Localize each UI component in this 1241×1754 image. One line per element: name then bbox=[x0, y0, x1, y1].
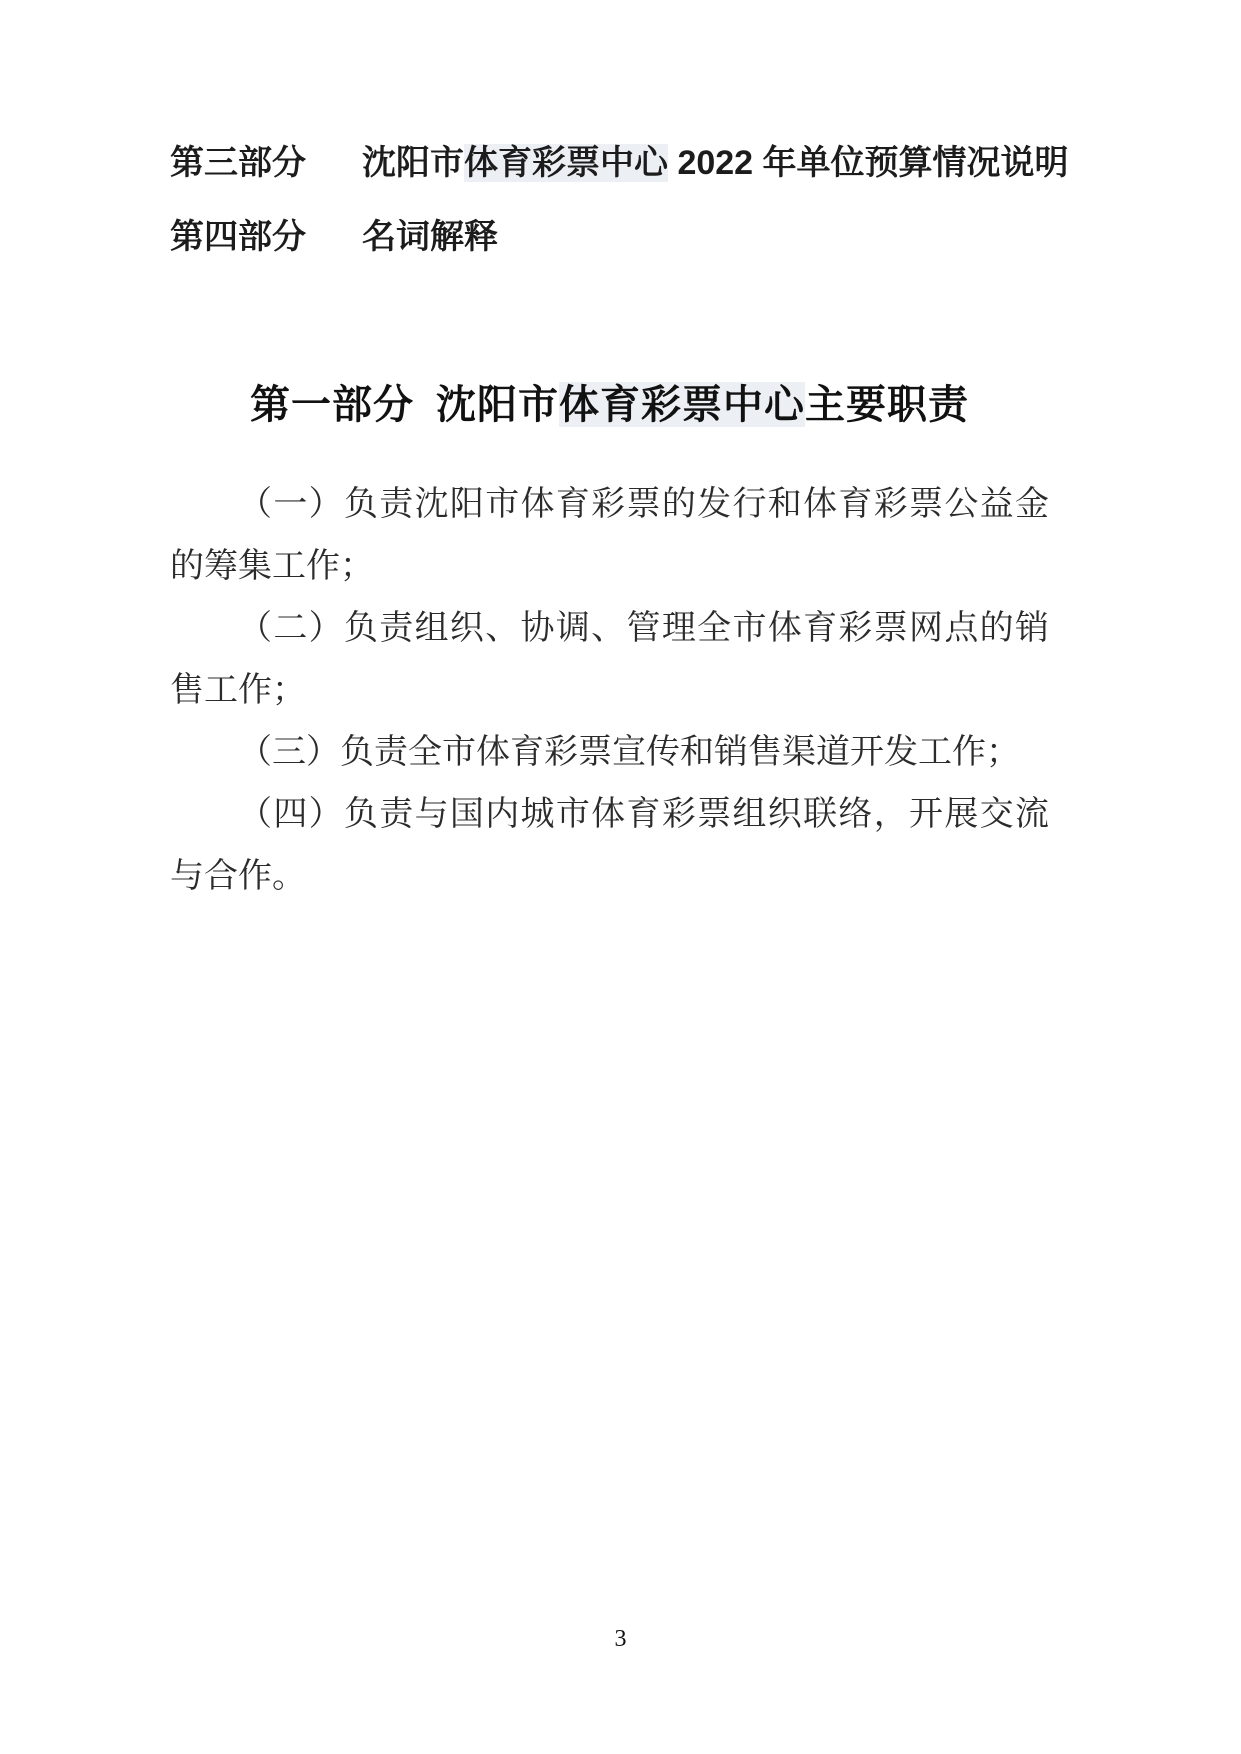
toc-part3-highlight-field: 体育彩票中心 bbox=[464, 144, 668, 182]
document-page: 第三部分沈阳市体育彩票中心 2022 年单位预算情况说明 第四部分名词解释 第一… bbox=[0, 0, 1241, 1754]
page-number: 3 bbox=[0, 1626, 1241, 1653]
body-paragraph-1: （一）负责沈阳市体育彩票的发行和体育彩票公益金的筹集工作； bbox=[170, 474, 1049, 598]
toc-part3-text-after: 2022 年单位预算情况说明 bbox=[668, 144, 1069, 182]
toc-part3-label: 第三部分 bbox=[170, 144, 306, 182]
toc-part4-text: 名词解释 bbox=[362, 218, 498, 256]
section-heading-highlight-field: 体育彩票中心 bbox=[559, 382, 805, 427]
section-heading: 第一部分沈阳市体育彩票中心主要职责 bbox=[170, 380, 1049, 430]
section-heading-text-after: 主要职责 bbox=[805, 382, 969, 427]
section-heading-prefix: 第一部分 bbox=[250, 382, 414, 427]
body-paragraph-2: （二）负责组织、协调、管理全市体育彩票网点的销售工作； bbox=[170, 598, 1049, 722]
body-paragraph-3: （三）负责全市体育彩票宣传和销售渠道开发工作； bbox=[170, 722, 1049, 784]
toc-block: 第三部分沈阳市体育彩票中心 2022 年单位预算情况说明 第四部分名词解释 bbox=[170, 126, 1049, 274]
toc-part4-label: 第四部分 bbox=[170, 218, 306, 256]
section-heading-text-before: 沈阳市 bbox=[436, 382, 559, 427]
body-paragraphs: （一）负责沈阳市体育彩票的发行和体育彩票公益金的筹集工作； （二）负责组织、协调… bbox=[170, 474, 1049, 908]
toc-part3-text-before: 沈阳市 bbox=[362, 144, 464, 182]
body-paragraph-4: （四）负责与国内城市体育彩票组织联络，开展交流与合作。 bbox=[170, 784, 1049, 908]
toc-line-part4: 第四部分名词解释 bbox=[170, 200, 1049, 274]
toc-line-part3: 第三部分沈阳市体育彩票中心 2022 年单位预算情况说明 bbox=[170, 126, 1049, 200]
